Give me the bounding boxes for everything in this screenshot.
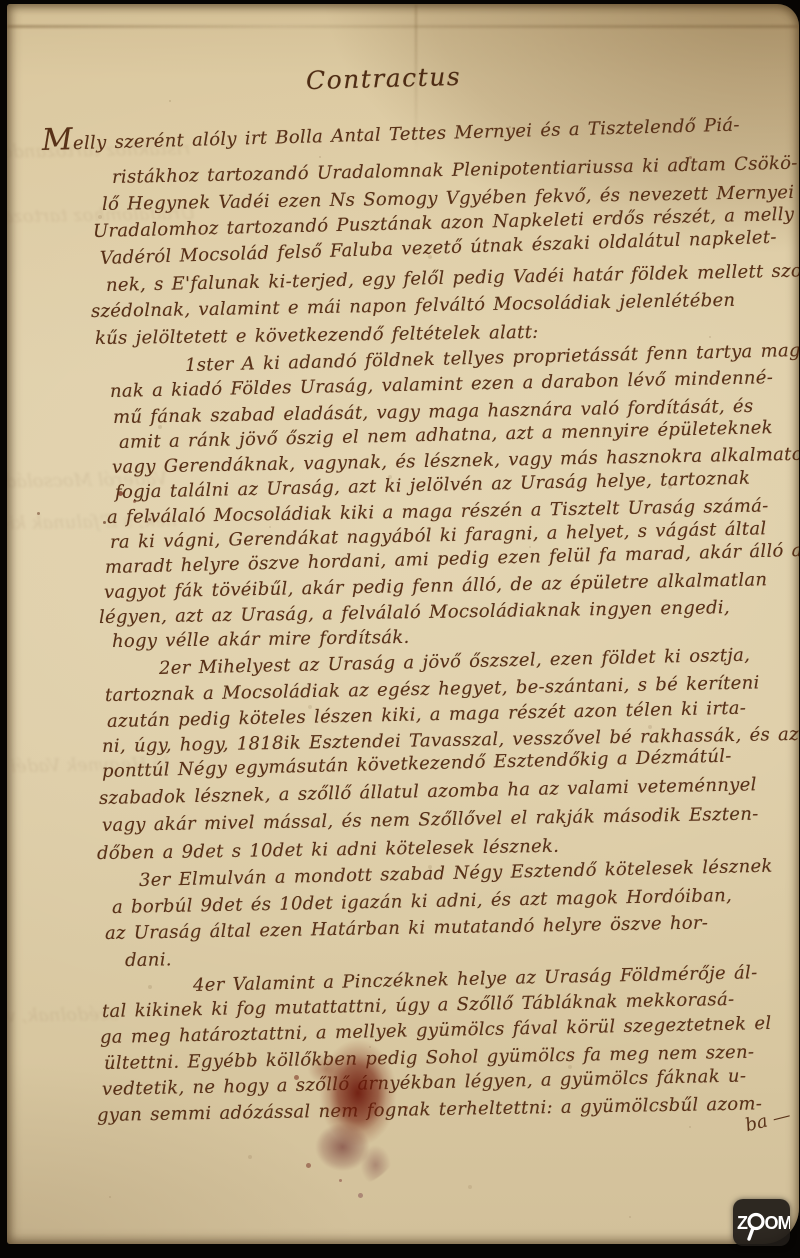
magnifier-icon [749, 1215, 763, 1240]
manuscript-line: Melly szerént alóly irt Bolla Antal Tett… [42, 115, 740, 155]
manuscript-line: gyan semmi adózással nem fognak terhelte… [97, 1093, 763, 1126]
illuminated-initial: M [41, 122, 73, 158]
manuscript-line: hogy vélle akár mire fordítsák. [112, 627, 410, 652]
manuscript-page: ristákhoz tartozandó Uradalomnak Plenipo… [7, 4, 799, 1244]
zoom-logo-letters-om: OM [765, 1213, 791, 1233]
wine-stain [293, 1036, 411, 1186]
manuscript-line: légyen, azt az Uraság, a felválaló Mocso… [99, 597, 730, 628]
manuscript-line: dőben a 9det s 10det ki adni kötelesek l… [97, 836, 560, 864]
horizontal-fold-crease [7, 25, 799, 28]
manuscript-line: kűs jelöltetett e következendő feltétele… [95, 322, 539, 349]
scanned-document: ristákhoz tartozandó Uradalomnak Plenipo… [0, 0, 800, 1258]
manuscript-line: szédolnak, valamint e mái napon felváltó… [91, 290, 736, 322]
document-title: Contractus [306, 62, 462, 95]
zoom-watermark: Z OM [733, 1199, 790, 1246]
manuscript-line: vagy akár mivel mással, és nem Szőllővel… [102, 804, 759, 836]
manuscript-line: dani. [125, 949, 172, 971]
zoom-logo: Z OM [733, 1199, 790, 1246]
zoom-logo-letter-z: Z [737, 1213, 748, 1233]
stain-droplets [7, 4, 10, 7]
manuscript-line: az Uraság által ezen Határban ki mutatan… [105, 912, 709, 944]
